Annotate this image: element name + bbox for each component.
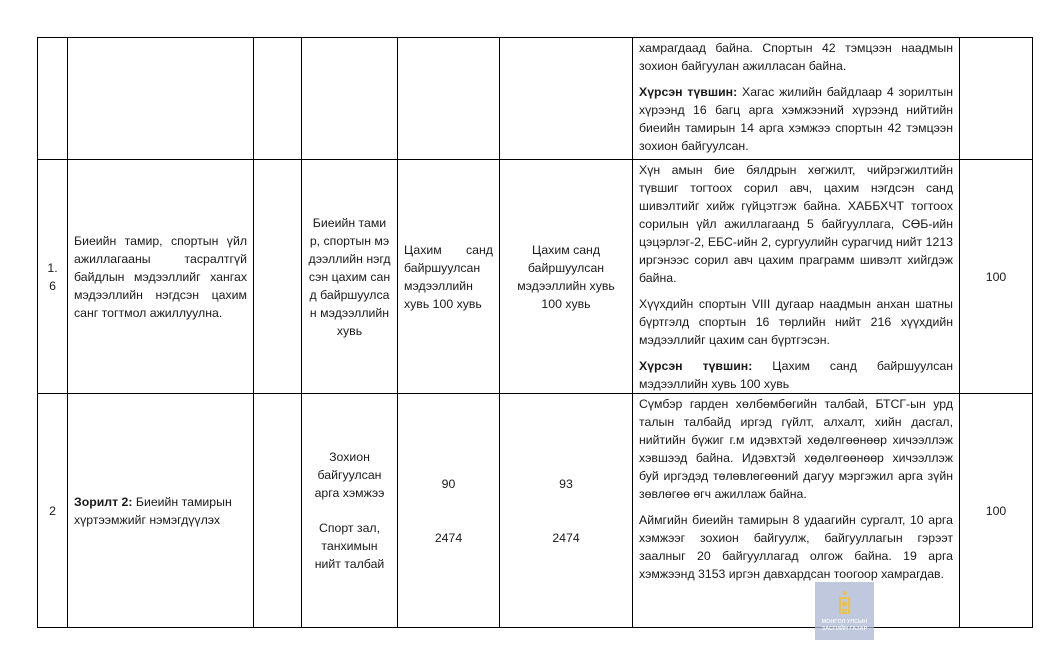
goal-cell: Зорилт 2: Биеийн тамирын хүртээмжийг нэм… bbox=[68, 394, 254, 628]
goal-cell bbox=[68, 38, 254, 160]
table-row: 1. 6 Биеийн тамир, спортын үйл ажиллагаа… bbox=[38, 160, 1033, 394]
score-cell: 100 bbox=[960, 160, 1033, 394]
baseline-value: 90 bbox=[404, 475, 493, 493]
description-paragraph: Хүрсэн түвшин: Хагас жилийн байдлаар 4 з… bbox=[639, 83, 953, 155]
target-value: 2474 bbox=[506, 529, 626, 547]
score-cell: 100 bbox=[960, 394, 1033, 628]
empty-cell bbox=[254, 160, 302, 394]
goal-label: Зорилт 2: bbox=[74, 495, 132, 509]
government-watermark: МОНГОЛ УЛСЫН ЗАСГИЙН ГАЗАР bbox=[815, 582, 874, 640]
progress-description: Хүн амын бие бялдрын хөгжилт, чийрэгжилт… bbox=[633, 160, 960, 394]
target-cell: Цахим санд байршуулсан мэдээллийн хувь 1… bbox=[500, 160, 633, 394]
indicator-cell bbox=[302, 38, 398, 160]
target-value: 93 bbox=[506, 475, 626, 493]
row-number: 2 bbox=[38, 394, 68, 628]
indicator-cell: Биеийн тамир, спортын мэдээллийн нэгдсэн… bbox=[302, 160, 398, 394]
progress-description: хамрагдаад байна. Спортын 42 тэмцээн наа… bbox=[633, 38, 960, 160]
empty-cell bbox=[254, 38, 302, 160]
description-paragraph: Хүүхдийн спортын VIII дугаар наадмын анх… bbox=[639, 295, 953, 349]
watermark-line: ЗАСГИЙН ГАЗАР bbox=[815, 626, 874, 633]
indicator-item: Зохион байгуулсан арга хэмжээ bbox=[308, 448, 391, 502]
indicator-cell: Зохион байгуулсан арга хэмжээ Спорт зал,… bbox=[302, 394, 398, 628]
baseline-cell: Цахим санд байршуулсан мэдээллийн хувь 1… bbox=[398, 160, 500, 394]
description-paragraph: Сүмбэр гарден хөлбөмбөгийн талбай, БТСГ-… bbox=[639, 395, 953, 503]
achieved-level-label: Хүрсэн түвшин: bbox=[639, 359, 752, 373]
progress-description: Сүмбэр гарден хөлбөмбөгийн талбай, БТСГ-… bbox=[633, 394, 960, 628]
description-paragraph: Хүрсэн түвшин: Цахим санд байршуулсан мэ… bbox=[639, 357, 953, 393]
goal-cell: Биеийн тамир, спортын үйл ажиллагааны та… bbox=[68, 160, 254, 394]
target-cell bbox=[500, 38, 633, 160]
achieved-level-label: Хүрсэн түвшин: bbox=[639, 85, 737, 99]
baseline-cell bbox=[398, 38, 500, 160]
row-number: 1. 6 bbox=[38, 160, 68, 394]
target-cell: 93 2474 bbox=[500, 394, 633, 628]
description-paragraph: хамрагдаад байна. Спортын 42 тэмцээн наа… bbox=[639, 39, 953, 75]
report-table: хамрагдаад байна. Спортын 42 тэмцээн наа… bbox=[37, 37, 1033, 628]
table-row: хамрагдаад байна. Спортын 42 тэмцээн наа… bbox=[38, 38, 1033, 160]
description-paragraph: Аймгийн биеийн тамирын 8 удаагийн сургал… bbox=[639, 511, 953, 583]
table-row: 2 Зорилт 2: Биеийн тамирын хүртээмжийг н… bbox=[38, 394, 1033, 628]
description-paragraph: Хүн амын бие бялдрын хөгжилт, чийрэгжилт… bbox=[639, 161, 953, 287]
row-number bbox=[38, 38, 68, 160]
empty-cell bbox=[254, 394, 302, 628]
indicator-item: Спорт зал, танхимын нийт талбай bbox=[308, 519, 391, 573]
baseline-value: 2474 bbox=[404, 529, 493, 547]
score-cell bbox=[960, 38, 1033, 160]
baseline-cell: 90 2474 bbox=[398, 394, 500, 628]
soyombo-emblem-icon bbox=[838, 590, 851, 616]
watermark-line: МОНГОЛ УЛСЫН bbox=[815, 619, 874, 626]
